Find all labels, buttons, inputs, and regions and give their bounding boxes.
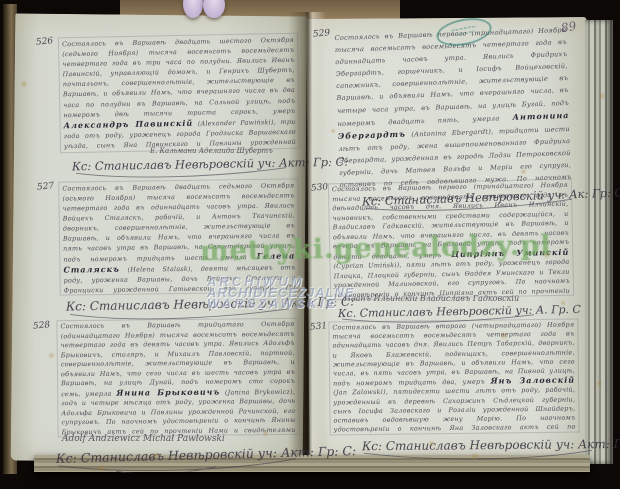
entry-526-text: Состоялось въ Варшавѣ двадцать шестого О… xyxy=(59,34,299,153)
page-stack-edge-right xyxy=(585,20,613,464)
registrar-name: Кс: Станиславъ Невѣровскій уч: Акт: Гр: … xyxy=(362,437,620,453)
entry-number-527: 527 xyxy=(37,181,55,193)
witness-signatures-530: Иванъ Ильинскій Владиславъ Гадковскій xyxy=(344,294,519,303)
entry-number-531: 531 xyxy=(310,321,328,333)
entry-529-text: Состоялось въ Варшавѣ первого (тринадцат… xyxy=(331,23,574,191)
registrar-signature-531: Кс: Станиславъ Невѣровскій уч: Акт: Гр: … xyxy=(362,437,620,462)
entry-number-530: 530 xyxy=(311,182,329,194)
photo-of-register-book: 526 Состоялось въ Варшавѣ двадцать шесто… xyxy=(0,0,620,489)
foxing-spot xyxy=(262,430,269,437)
deceased-name-531: Янъ Заловскій xyxy=(491,375,576,386)
archive-watermark: ARCHIWUM ARCHIDIECEZJALNE WARSZAWSKIE xyxy=(207,276,354,309)
foxing-spot xyxy=(470,452,480,461)
act-text: (Jan Zalowski), пятидесяти шести лѣтъ от… xyxy=(333,386,576,435)
deceased-name-528: Янина Брыковичъ xyxy=(116,386,220,397)
foxing-spot xyxy=(560,300,566,306)
foxing-spot xyxy=(330,128,336,134)
act-text: Состоялось въ Варшавѣ двадцать шестого О… xyxy=(62,36,295,119)
witness-signatures-526: Е. Кальмани Аделаида Шубертъ xyxy=(150,147,273,155)
foxing-spot xyxy=(152,452,160,459)
entry-531-text: Состоялось въ Варшавѣ второго (четырнадц… xyxy=(329,319,578,434)
foxing-spot xyxy=(520,168,527,175)
foxing-spot xyxy=(428,440,435,447)
foxing-spot xyxy=(96,464,106,472)
foxing-spot xyxy=(598,92,606,100)
foxing-spot xyxy=(20,80,28,88)
foxing-spot xyxy=(596,380,603,387)
genealogy-site-watermark: metryki.genealodzy.pl xyxy=(200,230,552,267)
witness-signatures-528: Adolf Andziewicz Michał Pawłowski xyxy=(62,434,225,444)
entry-number-528: 528 xyxy=(33,320,51,332)
archive-watermark-line: WARSZAWSKIE xyxy=(207,298,354,309)
stamp-text: ≈≈≈≈ xyxy=(456,30,473,38)
foxing-spot xyxy=(48,352,55,359)
deceased-name-526: Александръ Павинскій xyxy=(63,117,193,129)
entry-528-text: Состоялось въ Варшавѣ тридцатаго Октября… xyxy=(57,319,298,437)
entry-number-529: 529 xyxy=(313,28,331,40)
foxing-spot xyxy=(500,332,508,340)
entry-number-526: 526 xyxy=(36,36,54,48)
